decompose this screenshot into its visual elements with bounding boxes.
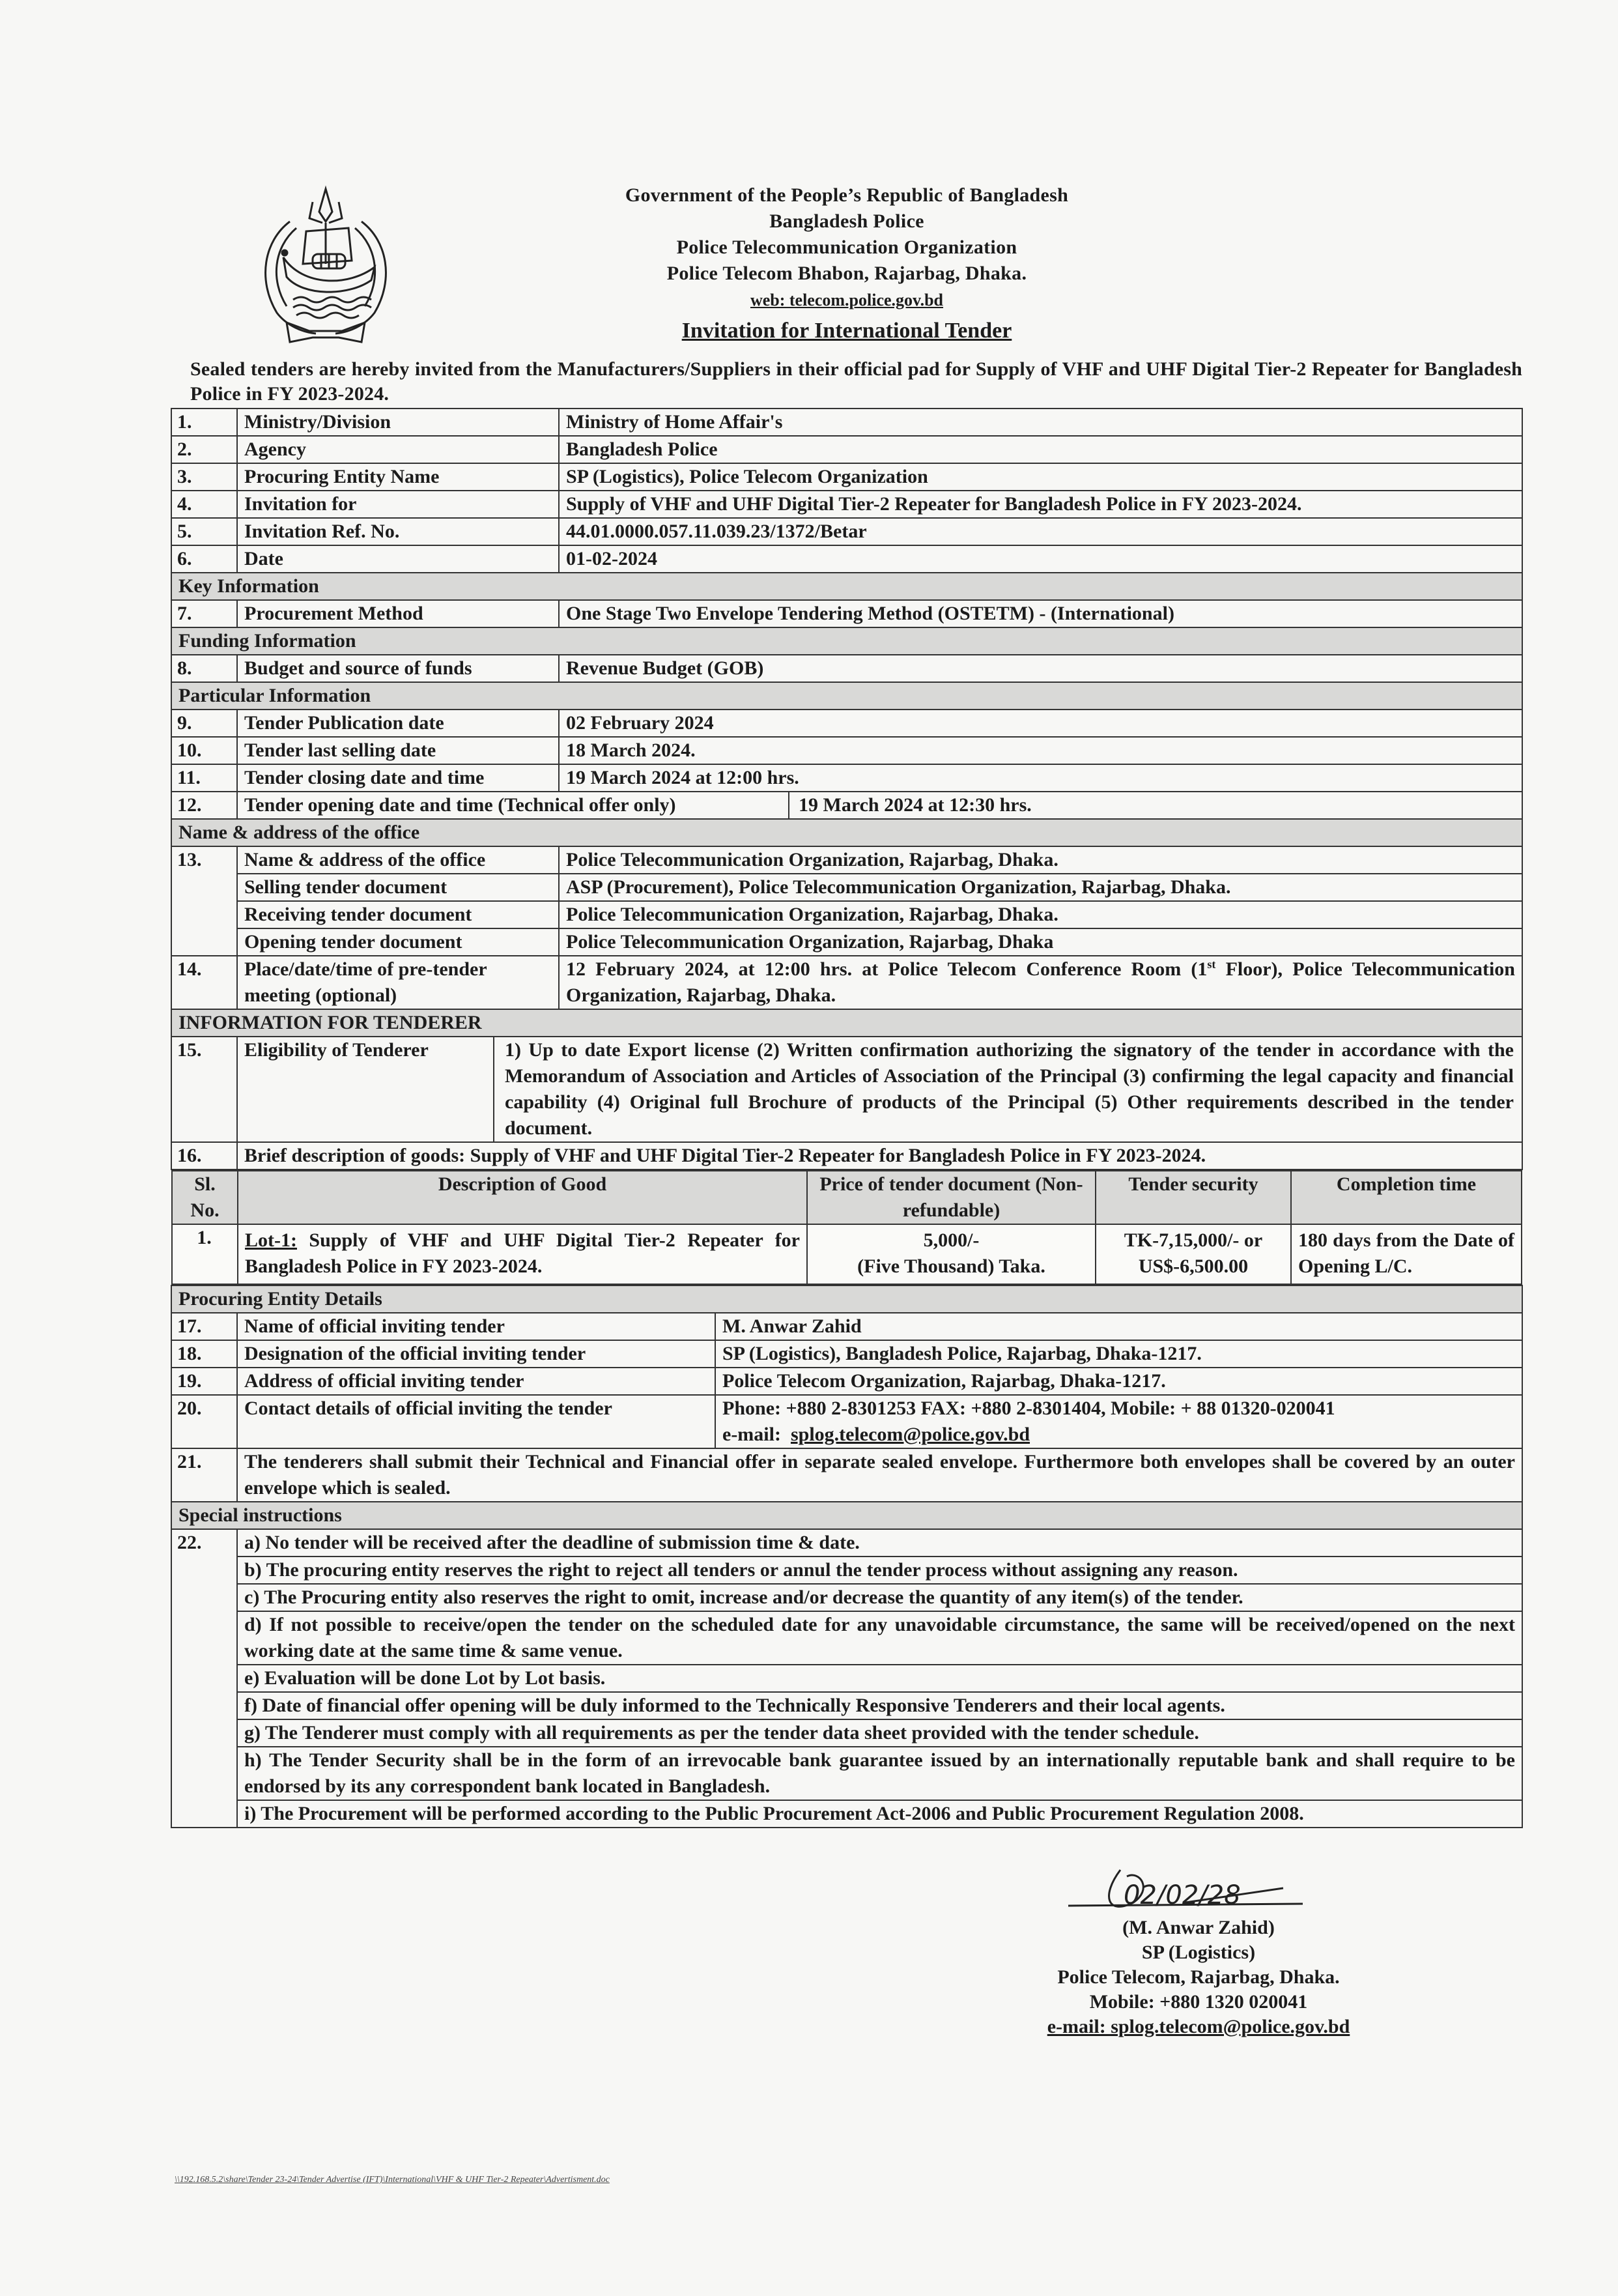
- row-value: Bangladesh Police: [559, 436, 1522, 463]
- email-link[interactable]: splog.telecom@police.gov.bd: [791, 1424, 1030, 1445]
- section-header-tenderer: INFORMATION FOR TENDERER: [171, 1009, 1522, 1037]
- superscript: st: [1207, 958, 1215, 971]
- row-number: 3.: [171, 463, 237, 491]
- row-value: 12 February 2024, at 12:00 hrs. at Polic…: [559, 956, 1522, 1009]
- column-header-security: Tender security: [1096, 1171, 1291, 1224]
- row-value: 01-02-2024: [559, 545, 1522, 573]
- special-instruction: g) The Tenderer must comply with all req…: [237, 1719, 1522, 1747]
- row-value: 19 March 2024 at 12:30 hrs.: [789, 792, 1041, 818]
- row-number: 19.: [171, 1368, 237, 1395]
- signature-block: 02/02/28 (M. Anwar Zahid) SP (Logistics)…: [990, 1876, 1407, 2039]
- special-instruction-row: f) Date of financial offer opening will …: [171, 1692, 1522, 1719]
- table-row: Receiving tender documentPolice Telecomm…: [171, 901, 1522, 928]
- row-label: Tender opening date and time (Technical …: [238, 792, 789, 818]
- letterhead-line: Police Telecommunication Organization: [456, 235, 1238, 261]
- special-instruction-row: h) The Tender Security shall be in the f…: [171, 1747, 1522, 1800]
- bangladesh-police-emblem-icon: [251, 182, 401, 345]
- table-row: Selling tender documentASP (Procurement)…: [171, 874, 1522, 901]
- row-label: Tender Publication date: [237, 710, 559, 737]
- row-number: 6.: [171, 545, 237, 573]
- table-row-goods-brief: 16. Brief description of goods: Supply o…: [171, 1142, 1522, 1170]
- row-value: 44.01.0000.057.11.039.23/1372/Betar: [559, 518, 1522, 545]
- intro-paragraph: Sealed tenders are hereby invited from t…: [190, 357, 1522, 407]
- tender-table: 1.Ministry/DivisionMinistry of Home Affa…: [171, 408, 1523, 1828]
- row-value: Police Telecommunication Organization, R…: [559, 901, 1522, 928]
- lot-label: Lot-1:: [245, 1229, 297, 1251]
- special-instruction: h) The Tender Security shall be in the f…: [237, 1747, 1522, 1800]
- special-instruction: f) Date of financial offer opening will …: [237, 1692, 1522, 1719]
- section-title: Special instructions: [171, 1502, 1522, 1529]
- row-number: 5.: [171, 518, 237, 545]
- table-row-contact: 20. Contact details of official inviting…: [171, 1395, 1522, 1448]
- file-path-footer: \\192.168.5.2\share\Tender 23-24\Tender …: [175, 2175, 610, 2185]
- row-label: Procurement Method: [237, 600, 559, 627]
- row-number: 18.: [171, 1340, 237, 1368]
- row-label: Invitation for: [237, 491, 559, 518]
- row-label: Designation of the official inviting ten…: [237, 1340, 715, 1368]
- row-label: Tender last selling date: [237, 737, 559, 764]
- row-label: Name of official inviting tender: [237, 1313, 715, 1340]
- row-value: The tenderers shall submit their Technic…: [237, 1448, 1522, 1502]
- row-value: 02 February 2024: [559, 710, 1522, 737]
- section-header-funding-information: Funding Information: [171, 627, 1522, 655]
- row-value: Phone: +880 2-8301253 FAX: +880 2-830140…: [715, 1395, 1522, 1448]
- row-number: 16.: [171, 1142, 237, 1170]
- website-link[interactable]: web: telecom.police.gov.bd: [456, 289, 1238, 311]
- special-instruction-row: 22.a) No tender will be received after t…: [171, 1529, 1522, 1557]
- page-title: Invitation for International Tender: [456, 317, 1238, 345]
- row-label: Budget and source of funds: [237, 655, 559, 682]
- row-label: Place/date/time of pre-tender meeting (o…: [237, 956, 559, 1009]
- row-number: 1.: [171, 409, 237, 436]
- special-instruction-row: g) The Tenderer must comply with all req…: [171, 1719, 1522, 1747]
- section-title: Name & address of the office: [171, 819, 1522, 846]
- section-title: Funding Information: [171, 627, 1522, 655]
- procuring-table: 17.Name of official inviting tenderM. An…: [171, 1312, 1523, 1449]
- goods-header-row: Sl. No. Description of Good Price of ten…: [172, 1171, 1522, 1224]
- row-number: 2.: [171, 436, 237, 463]
- table-row: 11.Tender closing date and time19 March …: [171, 764, 1522, 792]
- table-row: 19.Address of official inviting tenderPo…: [171, 1368, 1522, 1395]
- table-row: 18.Designation of the official inviting …: [171, 1340, 1522, 1368]
- goods-completion: 180 days from the Date of Opening L/C.: [1291, 1224, 1522, 1284]
- row-split-cell: Tender opening date and time (Technical …: [237, 792, 1522, 819]
- goods-table-cell: Sl. No. Description of Good Price of ten…: [171, 1170, 1522, 1285]
- table-row: 12. Tender opening date and time (Techni…: [171, 792, 1522, 819]
- letterhead-line: Bangladesh Police: [456, 208, 1238, 235]
- section-title: Procuring Entity Details: [171, 1285, 1522, 1313]
- row-label: Eligibility of Tenderer: [238, 1037, 494, 1141]
- column-header-completion: Completion time: [1291, 1171, 1522, 1224]
- row-number: 22.: [171, 1529, 237, 1828]
- row-number: 17.: [171, 1313, 237, 1340]
- row-value: Revenue Budget (GOB): [559, 655, 1522, 682]
- table-row-pretender: 14. Place/date/time of pre-tender meetin…: [171, 956, 1522, 1009]
- table-row: 13.Name & address of the officePolice Te…: [171, 846, 1522, 874]
- pretender-text: 12 February 2024, at 12:00 hrs. at Polic…: [566, 958, 1207, 980]
- row-value: Police Telecommunication Organization, R…: [559, 846, 1522, 874]
- section-header-particular-information: Particular Information: [171, 682, 1522, 710]
- column-header-price: Price of tender document (Non-refundable…: [807, 1171, 1096, 1224]
- table-row: Opening tender documentPolice Telecommun…: [171, 928, 1522, 956]
- goods-price: 5,000/-(Five Thousand) Taka.: [807, 1224, 1096, 1284]
- special-instruction-row: d) If not possible to receive/open the t…: [171, 1611, 1522, 1665]
- row-value: M. Anwar Zahid: [715, 1313, 1522, 1340]
- handwritten-date: 02/02/28: [1124, 1883, 1241, 1908]
- special-instruction: b) The procuring entity reserves the rig…: [237, 1557, 1522, 1584]
- row-number: 14.: [171, 956, 237, 1009]
- row-label: Ministry/Division: [237, 409, 559, 436]
- goods-sl: 1.: [172, 1224, 238, 1284]
- column-header-description: Description of Good: [238, 1171, 807, 1224]
- row-split-cell: Eligibility of Tenderer 1) Up to date Ex…: [237, 1037, 1522, 1142]
- security-bdt: TK-7,15,000/- or: [1103, 1227, 1284, 1254]
- row-number: 4.: [171, 491, 237, 518]
- special-instruction-row: b) The procuring entity reserves the rig…: [171, 1557, 1522, 1584]
- goods-table: Sl. No. Description of Good Price of ten…: [171, 1170, 1522, 1285]
- row-value: Police Telecom Organization, Rajarbag, D…: [715, 1368, 1522, 1395]
- special-instruction: d) If not possible to receive/open the t…: [237, 1611, 1522, 1665]
- row-label: Date: [237, 545, 559, 573]
- section-header-office: Name & address of the office: [171, 819, 1522, 846]
- table-row-eligibility: 15. Eligibility of Tenderer 1) Up to dat…: [171, 1037, 1522, 1142]
- security-usd: US$-6,500.00: [1103, 1254, 1284, 1280]
- special-instruction-row: e) Evaluation will be done Lot by Lot ba…: [171, 1665, 1522, 1692]
- row-value: Ministry of Home Affair's: [559, 409, 1522, 436]
- table-row: 3.Procuring Entity NameSP (Logistics), P…: [171, 463, 1522, 491]
- row-number: 21.: [171, 1448, 237, 1502]
- letterhead-line: Police Telecom Bhabon, Rajarbag, Dhaka.: [456, 261, 1238, 287]
- goods-security: TK-7,15,000/- orUS$-6,500.00: [1096, 1224, 1291, 1284]
- remaining-table: 21. The tenderers shall submit their Tec…: [171, 1448, 1523, 1828]
- signatory-mobile: Mobile: +880 1320 020041: [990, 1990, 1407, 2015]
- row-label: Procuring Entity Name: [237, 463, 559, 491]
- row-value: SP (Logistics), Police Telecom Organizat…: [559, 463, 1522, 491]
- row-number: 11.: [171, 764, 237, 792]
- row-label: Opening tender document: [237, 928, 559, 956]
- row-value: Police Telecommunication Organization, R…: [559, 928, 1522, 956]
- section-header-special-instructions: Special instructions: [171, 1502, 1522, 1529]
- signatory-designation: SP (Logistics): [990, 1940, 1407, 1965]
- signatory-office: Police Telecom, Rajarbag, Dhaka.: [990, 1965, 1407, 1990]
- special-instruction-row: i) The Procurement will be performed acc…: [171, 1800, 1522, 1828]
- row-value: 19 March 2024 at 12:00 hrs.: [559, 764, 1522, 792]
- column-header-sl: Sl. No.: [172, 1171, 238, 1224]
- goods-description: Lot-1: Supply of VHF and UHF Digital Tie…: [238, 1224, 807, 1284]
- table-row: 9.Tender Publication date02 February 202…: [171, 710, 1522, 737]
- row-value: ASP (Procurement), Police Telecommunicat…: [559, 874, 1522, 901]
- table-row: 1.Ministry/DivisionMinistry of Home Affa…: [171, 409, 1522, 436]
- row-number: 13.: [171, 846, 237, 956]
- table-row-submission: 21. The tenderers shall submit their Tec…: [171, 1448, 1522, 1502]
- row-label: Name & address of the office: [237, 846, 559, 874]
- row-value: One Stage Two Envelope Tendering Method …: [559, 600, 1522, 627]
- special-instruction: a) No tender will be received after the …: [237, 1529, 1522, 1557]
- row-value: SP (Logistics), Bangladesh Police, Rajar…: [715, 1340, 1522, 1368]
- table-row: 10.Tender last selling date18 March 2024…: [171, 737, 1522, 764]
- price-words: (Five Thousand) Taka.: [814, 1254, 1088, 1280]
- table-row: 6.Date01-02-2024: [171, 545, 1522, 573]
- row-number: 7.: [171, 600, 237, 627]
- row-value: 18 March 2024.: [559, 737, 1522, 764]
- section-header-procuring-entity: Procuring Entity Details: [171, 1285, 1522, 1313]
- row-label: Invitation Ref. No.: [237, 518, 559, 545]
- table-row: 7.Procurement MethodOne Stage Two Envelo…: [171, 600, 1522, 627]
- signatory-name: (M. Anwar Zahid): [990, 1916, 1407, 1940]
- signature-area: 02/02/28: [990, 1876, 1407, 1916]
- section-header-key-information: Key Information: [171, 573, 1522, 600]
- row-number: 10.: [171, 737, 237, 764]
- row-label: Agency: [237, 436, 559, 463]
- table-row: 4.Invitation forSupply of VHF and UHF Di…: [171, 491, 1522, 518]
- table-row: 17.Name of official inviting tenderM. An…: [171, 1313, 1522, 1340]
- email-label: e-mail:: [722, 1424, 781, 1445]
- row-number: 15.: [171, 1037, 237, 1142]
- special-instruction: e) Evaluation will be done Lot by Lot ba…: [237, 1665, 1522, 1692]
- goods-row: 1. Lot-1: Supply of VHF and UHF Digital …: [172, 1224, 1522, 1284]
- table-row: 5.Invitation Ref. No.44.01.0000.057.11.0…: [171, 518, 1522, 545]
- section-title: INFORMATION FOR TENDERER: [171, 1009, 1522, 1037]
- table-row: 2.AgencyBangladesh Police: [171, 436, 1522, 463]
- row-label: Contact details of official inviting the…: [237, 1395, 715, 1448]
- row-label: Address of official inviting tender: [237, 1368, 715, 1395]
- table-row: 8.Budget and source of fundsRevenue Budg…: [171, 655, 1522, 682]
- row-value: Supply of VHF and UHF Digital Tier-2 Rep…: [559, 491, 1522, 518]
- special-instruction-row: c) The Procuring entity also reserves th…: [171, 1584, 1522, 1611]
- row-label: Tender closing date and time: [237, 764, 559, 792]
- price-amount: 5,000/-: [814, 1227, 1088, 1254]
- row-value: 1) Up to date Export license (2) Written…: [494, 1037, 1522, 1141]
- goods-table-wrapper: Sl. No. Description of Good Price of ten…: [171, 1170, 1522, 1285]
- row-value: Brief description of goods: Supply of VH…: [237, 1142, 1522, 1170]
- row-number: 8.: [171, 655, 237, 682]
- row-label: Selling tender document: [237, 874, 559, 901]
- section-title: Key Information: [171, 573, 1522, 600]
- section-title: Particular Information: [171, 682, 1522, 710]
- row-number: 20.: [171, 1395, 237, 1448]
- special-instruction: c) The Procuring entity also reserves th…: [237, 1584, 1522, 1611]
- letterhead-line: Government of the People’s Republic of B…: [456, 182, 1238, 208]
- goods-description-text: Supply of VHF and UHF Digital Tier-2 Rep…: [245, 1229, 800, 1277]
- special-instruction: i) The Procurement will be performed acc…: [237, 1800, 1522, 1828]
- signatory-email[interactable]: e-mail: splog.telecom@police.gov.bd: [990, 2015, 1407, 2039]
- row-label: Receiving tender document: [237, 901, 559, 928]
- row-number: 9.: [171, 710, 237, 737]
- row-number: 12.: [171, 792, 237, 819]
- contact-phone: Phone: +880 2-8301253 FAX: +880 2-830140…: [722, 1396, 1515, 1422]
- letterhead: Government of the People’s Republic of B…: [456, 182, 1238, 345]
